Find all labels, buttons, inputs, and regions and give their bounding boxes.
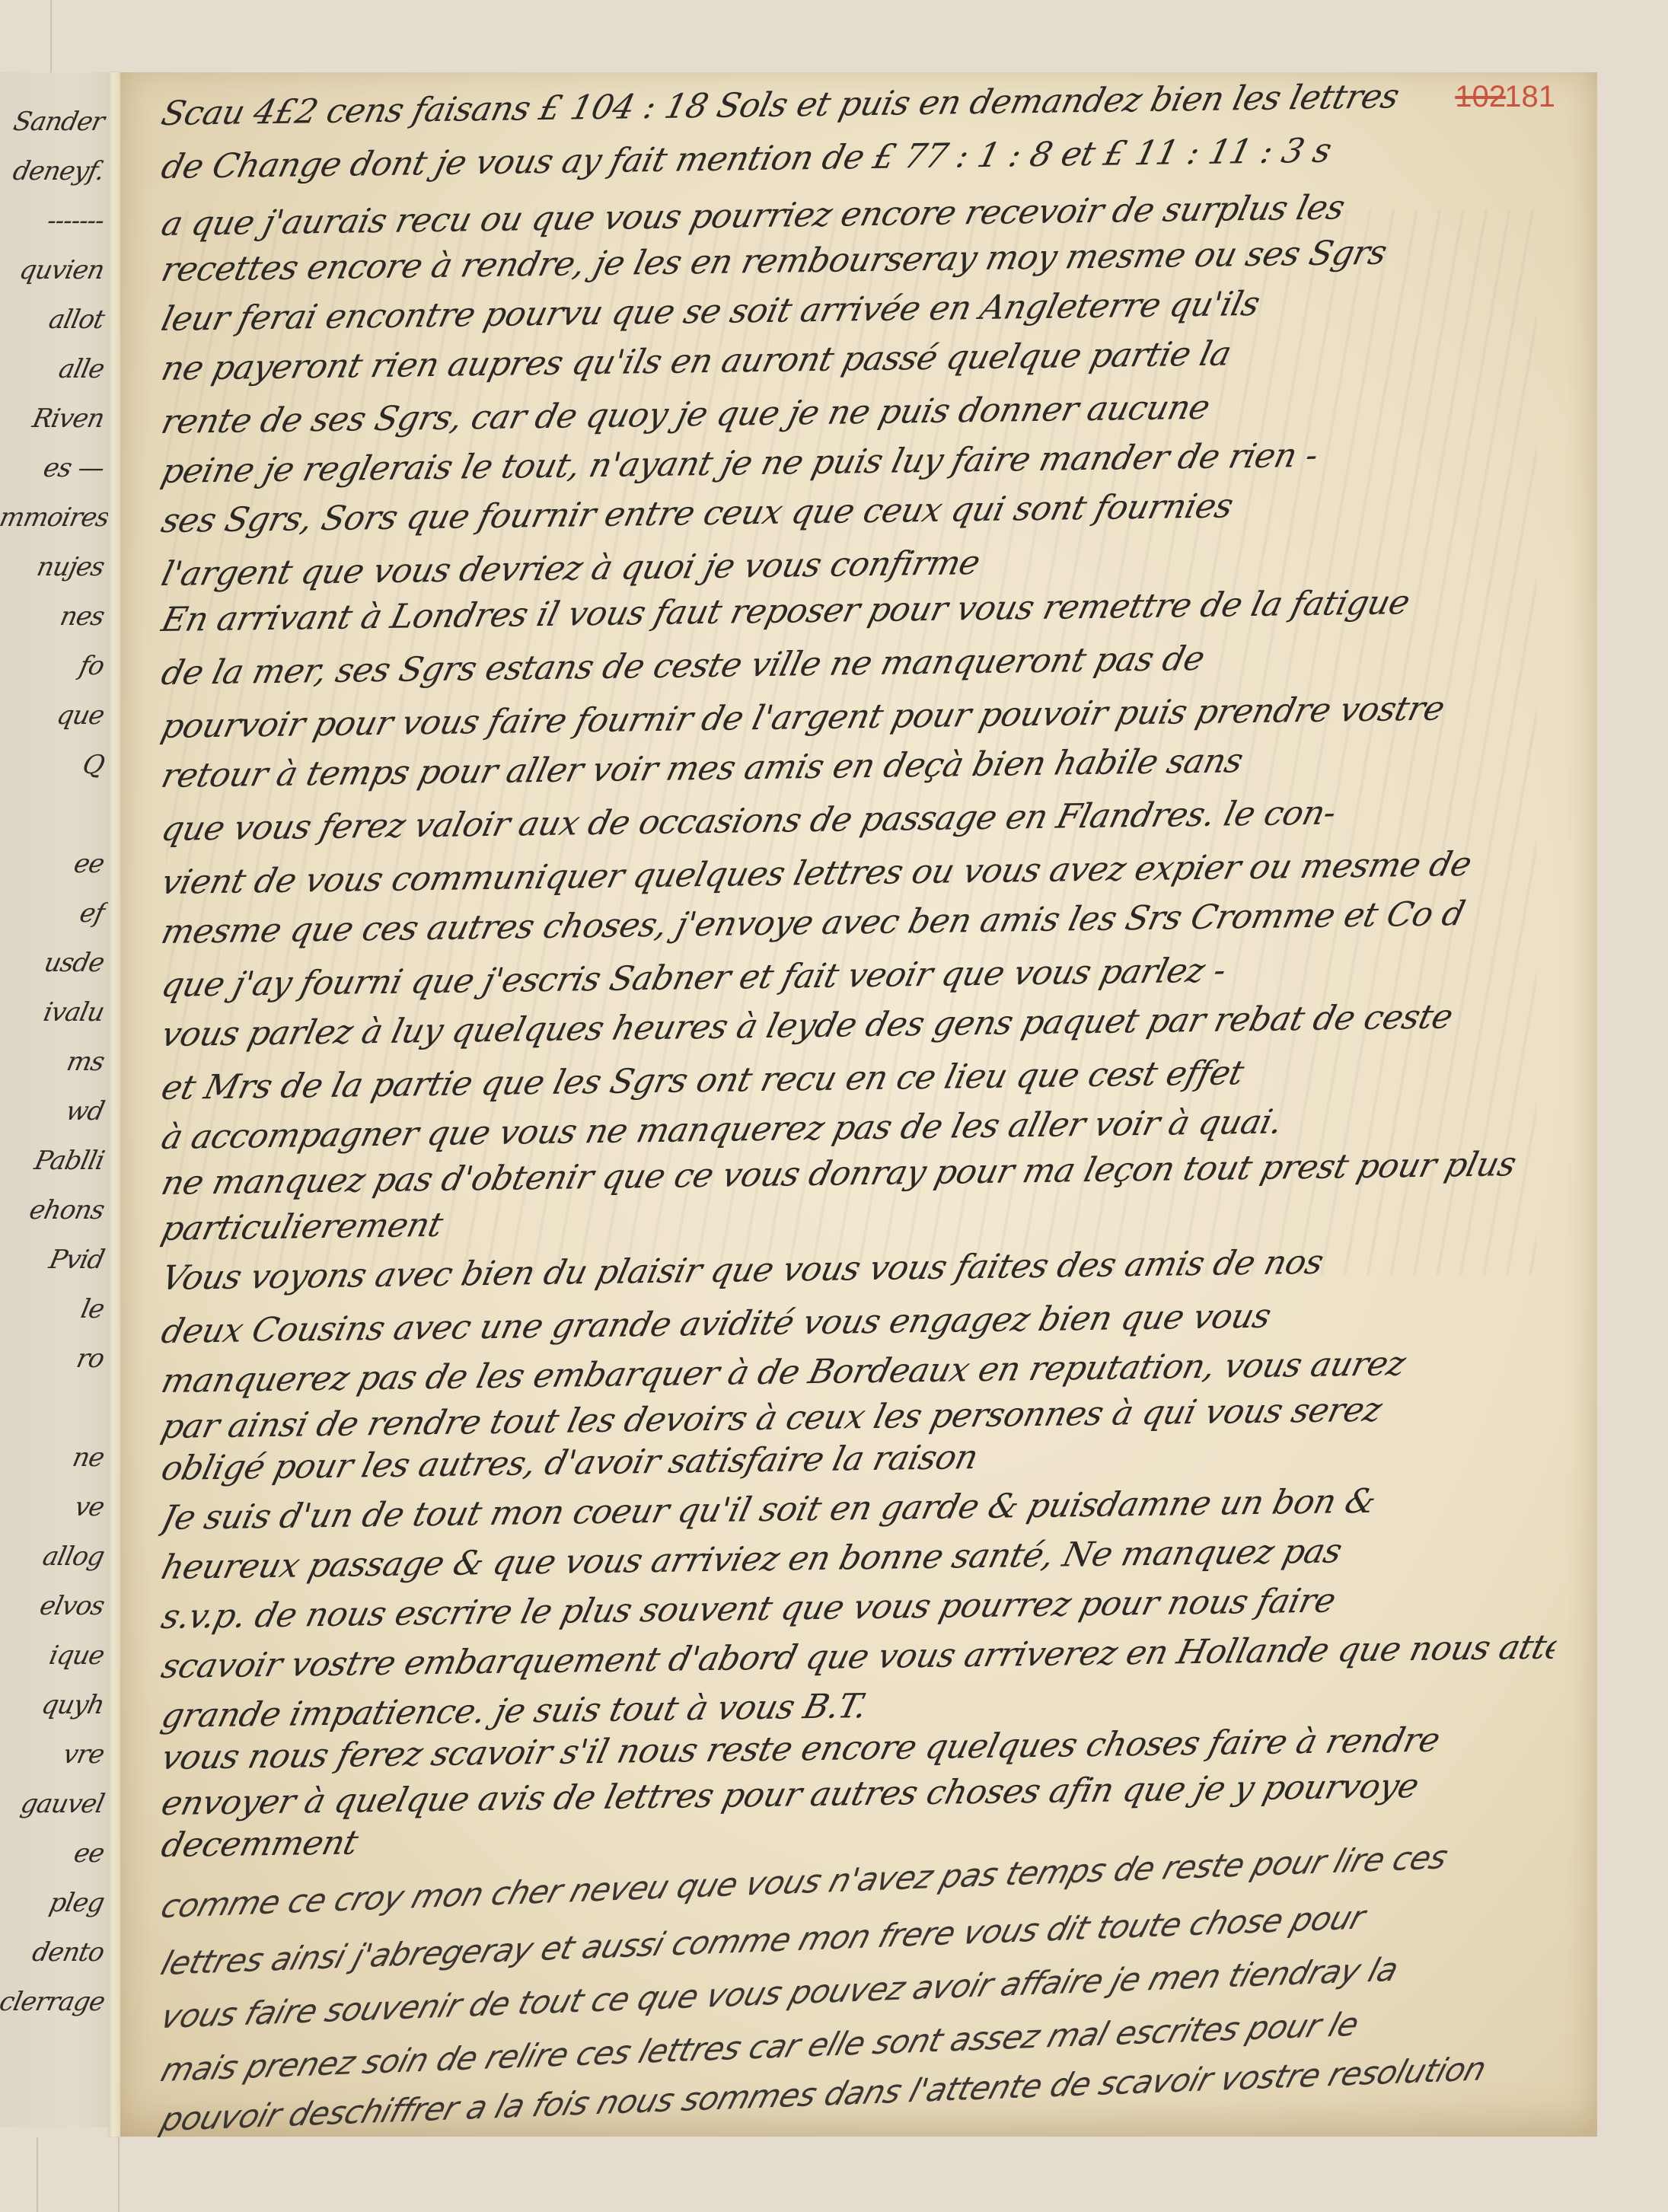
adjacent-page-fragment: alle: [0, 354, 108, 384]
adjacent-page-fragment: mmoires: [0, 502, 108, 533]
adjacent-page-fragment: Pablli: [0, 1146, 108, 1176]
adjacent-page-fragment: pleg: [0, 1888, 108, 1918]
adjacent-page-fragment: Riven: [0, 403, 108, 434]
adjacent-page-fragment: ehons: [0, 1195, 108, 1226]
adjacent-page-fragment: deneyf.: [0, 156, 108, 186]
adjacent-page-fragment: ivalu: [0, 997, 108, 1028]
adjacent-page-fragment: fo: [0, 651, 108, 681]
adjacent-page-fragment: nujes: [0, 552, 108, 582]
binding-gutter: [108, 72, 120, 2137]
adjacent-page-fragment: ef: [0, 898, 108, 929]
adjacent-page-fragment: vre: [0, 1739, 108, 1770]
adjacent-page-fragment: allot: [0, 304, 108, 335]
adjacent-page-fragment: ee: [0, 1838, 108, 1869]
adjacent-page-fragment: es —: [0, 453, 108, 483]
adjacent-page-fragment: ro: [0, 1343, 108, 1374]
adjacent-page-fragment: elvos: [0, 1591, 108, 1621]
adjacent-page-fragment: que: [0, 700, 108, 731]
manuscript-page: 102 181 Scau 4£2 cens faisans £ 104 : 18…: [120, 72, 1597, 2137]
adjacent-page-fragment: allog: [0, 1541, 108, 1572]
adjacent-page-fragment: clerrage: [0, 1987, 108, 2017]
adjacent-page-fragment: quyh: [0, 1690, 108, 1720]
adjacent-page-fragment: dento: [0, 1937, 108, 1968]
adjacent-page-fragment: Q: [0, 750, 108, 780]
adjacent-page-fragment: ms: [0, 1047, 108, 1077]
mount-frame-line: [37, 2137, 38, 2212]
manuscript-line: de Change dont je vous ay fait mention d…: [157, 125, 1561, 190]
adjacent-page-fragment: wd: [0, 1096, 108, 1127]
adjacent-page-fragment: ne: [0, 1442, 108, 1473]
adjacent-page-fragment: -------: [0, 206, 108, 236]
adjacent-page-fragment: nes: [0, 601, 108, 632]
adjacent-page-fragment: gauvel: [0, 1789, 108, 1819]
adjacent-page-fragment: usde: [0, 948, 108, 978]
adjacent-page-fragment: ique: [0, 1640, 108, 1671]
mount-frame-line: [118, 2137, 120, 2212]
adjacent-page-fragment: Sander: [0, 107, 108, 137]
adjacent-page-fragment: Pvid: [0, 1245, 108, 1275]
adjacent-page-edge: Sanderdeneyf.-------quvienallotalleRiven…: [0, 72, 108, 2128]
adjacent-page-fragment: ve: [0, 1492, 108, 1522]
mount-frame-line: [50, 0, 52, 72]
adjacent-page-fragment: quvien: [0, 255, 108, 285]
adjacent-page-fragment: le: [0, 1294, 108, 1324]
adjacent-page-fragment: ee: [0, 849, 108, 879]
